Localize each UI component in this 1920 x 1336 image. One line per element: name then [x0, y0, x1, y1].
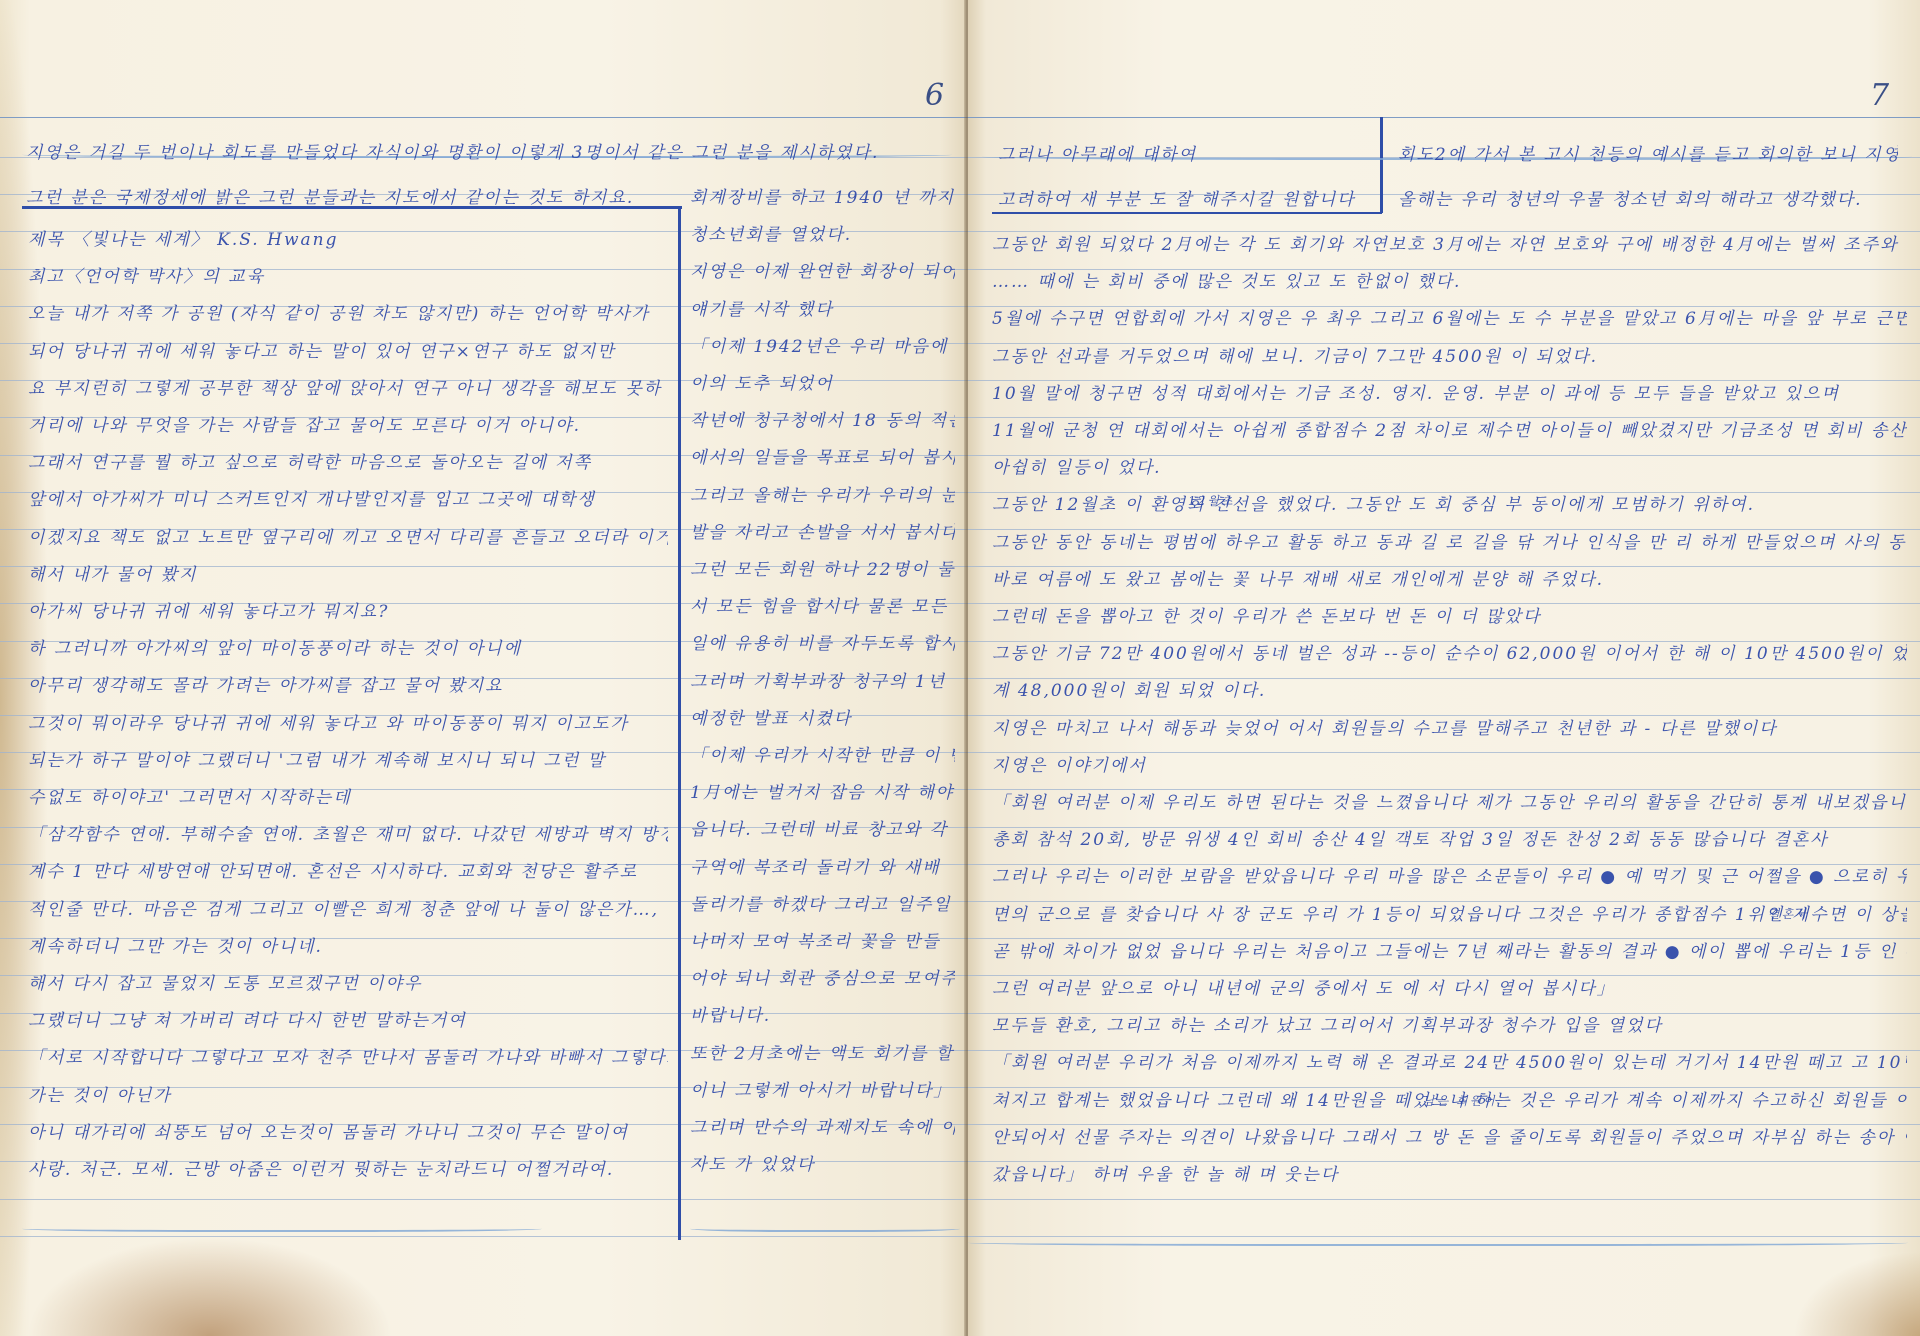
top-rule	[0, 117, 968, 118]
handwritten-line: 모두들 환호, 그리고 하는 소리가 났고 그리어서 기획부과장 청수가 입을 …	[992, 1011, 1907, 1036]
handwritten-line: 회계장비를 하고 1940 년 까지	[690, 183, 955, 208]
handwritten-line: 그런데 돈을 뽑아고 한 것이 우리가 쓴 돈보다 번 돈 이 더 많았다	[992, 602, 1907, 627]
handwritten-line: 아쉽히 일등이 었다.	[992, 453, 1907, 478]
handwritten-line: 이겠지요 책도 없고 노트만 옆구리에 끼고 오면서 다리를 흔들고 오더라 이…	[28, 523, 668, 548]
handwritten-line: 오늘 내가 저쪽 가 공원 (자식 같이 공원 차도 않지만) 하는 언어학 박…	[28, 299, 668, 324]
handwritten-line: 「삼각함수 연애. 부해수술 연애. 초월은 재미 없다. 나갔던 세방과 벽지…	[28, 820, 668, 845]
left-page: 6 지영은 거길 두 번이나 회도를 만들었다 자식이와 명환이 이렇게 3명이…	[0, 0, 968, 1336]
handwritten-line: 지영은 이제 완연한 회장이 되어	[690, 257, 955, 282]
top-rule	[968, 117, 1920, 118]
handwritten-line: 갔읍니다」 하며 우울 한 놀 해 며 웃는다	[992, 1160, 1907, 1185]
handwritten-line: 읍니다. 그런데 비료 창고와 각 집	[690, 815, 955, 840]
handwritten-line: 이니 그렇게 아시기 바랍니다」	[690, 1076, 955, 1101]
handwritten-line: 지영은 거길 두 번이나 회도를 만들었다 자식이와 명환이 이렇게 3명이서 …	[26, 138, 956, 163]
handwritten-line: 요 부지런히 그렇게 공부한 책상 앞에 앉아서 연구 아니 생각을 해보도 못…	[28, 374, 668, 399]
handwritten-line: 수없도 하이야고' 그러면서 시작하는데	[28, 783, 668, 808]
handwritten-line: 아니 대가리에 쇠뚱도 넘어 오는것이 몸둘러 가나니 그것이 무슨 말이여	[28, 1118, 668, 1143]
header-divider	[1380, 117, 1383, 213]
handwritten-line: 되어 당나귀 귀에 세워 놓다고 하는 말이 있어 연구×연구 하도 없지만	[28, 337, 668, 362]
handwritten-line: 해서 내가 물어 봤지	[28, 560, 668, 585]
notebook-spread: 6 지영은 거길 두 번이나 회도를 만들었다 자식이와 명환이 이렇게 3명이…	[0, 0, 1920, 1336]
header-rule	[992, 212, 1382, 214]
ruled-line	[968, 1236, 1920, 1237]
handwritten-line: 어야 되니 회관 중심으로 모여주시기	[690, 964, 955, 989]
handwritten-line: 작년에 청구청에서 18 동의 적은 곳	[690, 406, 955, 431]
handwritten-line: 「회원 여러분 이제 우리도 하면 된다는 것을 느꼈읍니다 제가 그동안 우리…	[992, 788, 1907, 813]
handwritten-line: 거리에 나와 무엇을 가는 사람들 잡고 물어도 모른다 이거 아니야.	[28, 411, 668, 436]
handwritten-line: 돌리기를 하겠다 그리고 일주일	[690, 890, 955, 915]
handwritten-line: 되는가 하구 말이야 그랬더니 '그럼 내가 계속해 보시니 되니 그런 말	[28, 746, 668, 771]
handwritten-line: 그리며 만수의 과제지도 속에 이도록	[690, 1113, 955, 1138]
handwritten-line: 곧 밖에 차이가 없었 읍니다 우리는 처음이고 그들에는 7년 째라는 활동의…	[992, 937, 1907, 962]
handwritten-line: 바로 여름에 도 왔고 봄에는 꽃 나무 재배 새로 개인에게 분양 해 주었다…	[992, 565, 1907, 590]
handwritten-line: 제목 〈빛나는 세계〉 K.S. Hwang	[28, 225, 668, 250]
handwritten-line: 「이제 우리가 시작한 만큼 이 번	[690, 741, 955, 766]
handwritten-line: 그랬더니 그냥 쳐 가버리 려다 다시 한번 말하는거여	[28, 1006, 668, 1031]
handwritten-line: 발을 자리고 손발을 서서 봅시다.	[690, 518, 955, 543]
handwritten-line: 적인줄 만다. 마음은 검게 그리고 이빨은 희게 청춘 앞에 나 둘이 않은가…	[28, 895, 668, 920]
handwritten-line: 총회 참석 20회, 방문 위생 4인 회비 송산 4일 객토 작업 3일 정돈…	[992, 825, 1907, 850]
interlinear-annotation: 남은 회원이	[1423, 1092, 1497, 1109]
interlinear-annotation: 12월초	[1188, 492, 1234, 509]
handwritten-line: 그러나 우리는 이러한 보람을 받았읍니다 우리 마을 많은 소문들이 우리 ●…	[992, 862, 1907, 887]
handwritten-line: 그러며 기획부과장 청구의 1년 계획	[690, 667, 955, 692]
ruled-line	[0, 1199, 968, 1200]
wavy-underline	[690, 1224, 960, 1232]
handwritten-line: 아무리 생각해도 몰라 가려는 아가씨를 잡고 물어 봤지요	[28, 671, 668, 696]
ruled-line	[968, 1199, 1920, 1200]
handwritten-line: 그동안 12월초 이 환영회 친선을 했었다. 그동안 도 회 중심 부 동이에…	[992, 490, 1907, 515]
handwritten-line: 계속하더니 그만 가는 것이 아니네.	[28, 932, 668, 957]
wavy-underline	[22, 1224, 542, 1232]
handwritten-line: 사랑. 처근. 모세. 근방 아줌은 이런거 뭣하는 눈치라드니 어쩔거라여.	[28, 1155, 668, 1180]
handwritten-line: 계수 1 만다 세방연애 안되면애. 혼선은 시시하다. 교회와 천당은 활주로	[28, 857, 668, 882]
handwritten-line: 지영은 마치고 나서 해동과 늦었어 어서 회원들의 수고를 말해주고 천년한 …	[992, 714, 1907, 739]
handwritten-line: 해서 다시 잡고 물었지 도통 모르겠구먼 이야우	[28, 969, 668, 994]
handwritten-line: 그동안 선과를 거두었으며 해에 보니. 기금이 7그만 4500원 이 되었다…	[992, 342, 1907, 367]
handwritten-line: 지영은 이야기에서	[992, 751, 1907, 776]
handwritten-line: 최고〈언어학 박사〉의 교육	[28, 262, 668, 287]
handwritten-line: 그런 여러분 앞으로 아니 내년에 군의 중에서 도 에 서 다시 열어 봅시다…	[992, 974, 1907, 999]
handwritten-line: 서 모든 힘을 합시다 물론 모든	[690, 592, 955, 617]
handwritten-line: 얘기를 시작 했다	[690, 295, 955, 320]
handwritten-line: 청소년회를 열었다.	[690, 220, 955, 245]
handwritten-line: 그러나 아무래에 대하여	[998, 140, 1368, 165]
handwritten-line: 「서로 시작합니다 그렇다고 모자 천주 만나서 몸둘러 가나와 바빠서 그렇다…	[28, 1043, 668, 1068]
handwritten-line: 가는 것이 아닌가	[28, 1081, 668, 1106]
handwritten-line: 회도2에 가서 본 고시 천등의 예시를 듣고 회의한 보니 지영은	[1398, 140, 1898, 165]
handwritten-line: 이의 도추 되었어	[690, 369, 955, 394]
handwritten-line: 「회원 여러분 우리가 처음 이제까지 노력 해 온 결과로 24만 4500원…	[992, 1048, 1907, 1073]
handwritten-line: 그런 분은 국제정세에 밝은 그런 분들과는 지도에서 같이는 것도 하지요.	[26, 183, 676, 208]
handwritten-line: 일에 유용히 비를 자두도록 합시다」	[690, 629, 955, 654]
page-number: 6	[925, 78, 944, 113]
wavy-underline	[968, 1238, 1908, 1246]
handwritten-line: 5월에 수구면 연합회에 가서 지영은 우 최우 그리고 6월에는 도 수 부분…	[992, 304, 1907, 329]
handwritten-line: …… 때에 는 회비 중에 많은 것도 있고 도 한없이 했다.	[992, 267, 1907, 292]
handwritten-line: 아가씨 당나귀 귀에 세워 놓다고가 뭐지요?	[28, 597, 668, 622]
handwritten-line: 고려하여 새 부분 도 잘 해주시길 원합니다	[998, 185, 1368, 210]
handwritten-line: 바랍니다.	[690, 1001, 955, 1026]
ruled-line	[0, 1236, 968, 1237]
handwritten-line: 하 그러니까 아가씨의 앞이 마이동풍이라 하는 것이 아니에	[28, 634, 668, 659]
handwritten-line: 10월 말에 청구면 성적 대회에서는 기금 조성. 영지. 운영. 부분 이 …	[992, 379, 1907, 404]
handwritten-line: 구역에 복조리 돌리기 와 새배	[690, 853, 955, 878]
page-number: 7	[1870, 78, 1889, 113]
interlinear-annotation: 결혼사	[1768, 905, 1809, 922]
handwritten-line: 안되어서 선물 주자는 의견이 나왔읍니다 그래서 그 방 돈 을 줄이도록 회…	[992, 1123, 1907, 1148]
handwritten-line: 나머지 모여 복조리 꽃을 만들	[690, 927, 955, 952]
handwritten-line: 그래서 연구를 뭘 하고 싶으로 허락한 마음으로 돌아오는 길에 저쪽	[28, 448, 668, 473]
handwritten-line: 11월에 군청 연 대회에서는 아쉽게 종합점수 2점 차이로 제수면 아이들이…	[992, 416, 1907, 441]
handwritten-line: 앞에서 아가씨가 미니 스커트인지 개나발인지를 입고 그곳에 대학생	[28, 485, 668, 510]
handwritten-line: 그것이 뭐이라우 당나귀 귀에 세워 놓다고 와 마이동풍이 뭐지 이고도가	[28, 709, 668, 734]
handwritten-line: 올해는 우리 청년의 우물 청소년 회의 해라고 생각했다.	[1398, 185, 1898, 210]
handwritten-line: 예정한 발표 시켰다	[690, 704, 955, 729]
handwritten-line: 「이제 1942년은 우리 마음에 큰 새	[690, 332, 955, 357]
handwritten-line: 그동안 동안 동네는 평범에 하우고 활동 하고 동과 길 로 길을 닦 거나 …	[992, 528, 1907, 553]
right-page: 7 그러나 아무래에 대하여 고려하여 새 부분 도 잘 해주시길 원합니다 회…	[968, 0, 1920, 1336]
handwritten-line: 또한 2月초에는 액도 회기를 할 생각	[690, 1039, 955, 1064]
handwritten-line: 에서의 일들을 목표로 되어 봅시다.	[690, 443, 955, 468]
column-divider	[678, 206, 681, 1240]
handwritten-line: 그동안 기금 72만 400원에서 동네 벌은 성과 --등이 순수이 62,0…	[992, 639, 1907, 664]
handwritten-line: 계 48,000원이 회원 되었 이다.	[992, 676, 1907, 701]
handwritten-line: 그동안 회원 되었다 2月에는 각 도 회기와 자연보호 3月에는 자연 보호와…	[992, 230, 1907, 255]
handwritten-line: 1月에는 벌거지 잡음 시작 해야 겠	[690, 778, 955, 803]
handwritten-line: 자도 가 있었다	[690, 1150, 955, 1175]
handwritten-line: 그런 모든 회원 하나 22명이 둘러	[690, 555, 955, 580]
handwritten-line: 그리고 올해는 우리가 우리의 눈의	[690, 481, 955, 506]
